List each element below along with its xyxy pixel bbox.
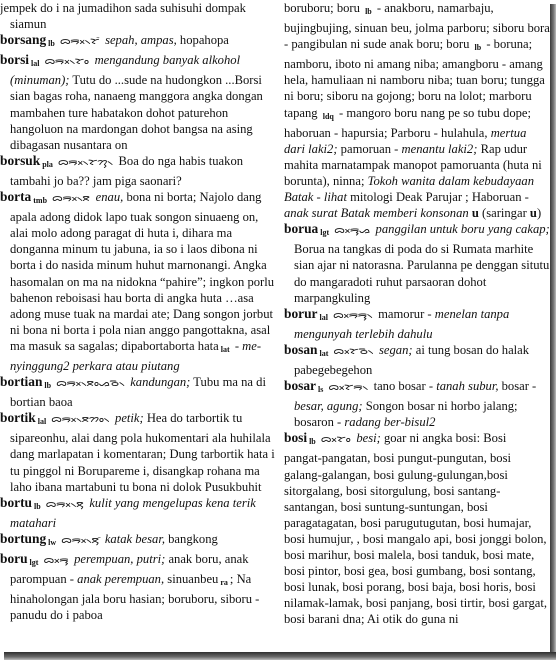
entry-text: pamoruan -: [338, 142, 402, 156]
gloss: besi;: [356, 431, 380, 445]
headword: bortu: [0, 495, 32, 510]
gloss: radang ber-bisul2: [344, 415, 435, 429]
gloss: kandungan;: [130, 375, 190, 389]
tag: lat: [221, 345, 230, 354]
page-shadow-right: [550, 4, 556, 660]
entry-text: bona ni borta; Najolo dang apala adong d…: [10, 190, 274, 353]
tag: ls: [318, 385, 323, 394]
entry-bosan: bosanlatᯅᯬᯘᯉ᯲segan; ai tung bosan do hal…: [284, 342, 550, 378]
entry-borsi: borsilalᯅᯬᯒ᯲ᯘᯪmengandung banyak alkohol …: [0, 52, 276, 153]
batak-script: ᯅᯬᯒ᯲ᯖ: [52, 193, 90, 204]
entry-text: mitologi Deak Parujar ; Haboruan -: [347, 190, 529, 204]
gloss: petik;: [115, 411, 144, 425]
tag: lb: [365, 7, 372, 16]
headword: bortian: [0, 374, 42, 389]
tag: lgt: [30, 558, 39, 567]
batak-script: ᯅᯬᯘᯒ᯲: [328, 382, 367, 393]
entry-boru-continuation: boruboru; boru lb - anakboru, namarbaju,…: [284, 0, 550, 221]
batak-script: ᯅᯬᯒ᯲ᯖᯪᯀᯉ᯲: [56, 378, 124, 389]
entry-text: -: [232, 339, 243, 353]
tag: lb: [44, 381, 51, 390]
entry-text: jempek do i na jumadihon sada suhisuhi d…: [0, 1, 246, 31]
entry-text: mamorur -: [378, 307, 435, 321]
batak-script: ᯅᯬᯒᯮ: [43, 555, 68, 566]
batak-script: ᯅᯬᯒᯮᯒ᯲: [333, 310, 372, 321]
batak-script: ᯅᯬᯒ᯲ᯖᯮᯰ: [61, 535, 99, 546]
headword: boru: [0, 551, 28, 566]
batak-script: ᯅᯬᯒ᯲ᯘᯪ: [44, 56, 88, 67]
entry-text: ): [537, 206, 541, 220]
gloss: besar, agung;: [294, 399, 363, 413]
batak-script: ᯅᯬᯒᯮᯀ: [334, 225, 369, 236]
tag: lb: [48, 39, 55, 48]
gloss: tanah subur,: [436, 379, 498, 393]
tag: lat: [320, 349, 329, 358]
bold-letter: u: [472, 206, 479, 220]
headword: bosi: [284, 430, 307, 445]
entry-borsuk: borsukplaᯅᯬᯒ᯲ᯘᯮᯂ᯲Boa do nga habis tuakon…: [0, 153, 276, 189]
entry-borta: bortatmbᯅᯬᯒ᯲ᯖenau, bona ni borta; Najolo…: [0, 189, 276, 374]
tag: lal: [319, 313, 327, 322]
tag: lw: [48, 538, 56, 547]
entry-text: goar ni angka bosi: Bosi: [381, 431, 507, 445]
gloss: sepah, ampas,: [105, 33, 177, 47]
gloss: anak perempuan,: [77, 572, 164, 586]
batak-script: ᯅᯬᯒ᯲ᯘᯮᯂ᯲: [58, 157, 113, 168]
gloss: enau,: [96, 190, 124, 204]
batak-script: ᯅᯬᯘᯪ: [321, 434, 351, 445]
entry-text: tano bosar -: [374, 379, 437, 393]
batak-script: ᯅᯬᯘᯉ᯲: [333, 346, 373, 357]
entry-bortik: bortiklalᯅᯬᯒ᯲ᯖᯪᯂ᯲petik; Hea do tarbortik…: [0, 410, 276, 494]
headword: borta: [0, 189, 31, 204]
gloss: katak besar,: [105, 532, 165, 546]
tag: lb: [309, 437, 316, 446]
tag: ldq: [323, 112, 334, 121]
bold-letter: u: [530, 206, 537, 220]
entry-text: Boa do nga habis tuakon tambahi jo ba?? …: [10, 154, 243, 188]
dictionary-page: jempek do i na jumadihon sada suhisuhi d…: [0, 0, 550, 652]
tag: lal: [38, 417, 46, 426]
entry-text: pangat-pangatan, bosi pungut-pungutan, b…: [284, 451, 547, 626]
entry-text: bangkong: [165, 532, 218, 546]
tag: lb: [475, 43, 482, 52]
gloss: anak surat Batak memberi konsonan: [284, 206, 469, 220]
tag: lb: [34, 502, 41, 511]
gloss: menantu laki2;: [402, 142, 478, 156]
entry-text: Borua na tangkas di poda do si Rumata ma…: [294, 242, 549, 304]
entry-text: sinuanbeu: [164, 572, 218, 586]
tag: lal: [31, 59, 39, 68]
headword: borsuk: [0, 153, 40, 168]
headword: bosan: [284, 342, 318, 357]
entry-borua: borualgtᯅᯬᯒᯮᯀpanggilan untuk boru yang c…: [284, 221, 550, 305]
right-column: boruboru; boru lb - anakboru, namarbaju,…: [284, 0, 550, 627]
entry-bortu: bortulbᯅᯬᯒ᯲ᯖᯮkulit yang mengelupas kena …: [0, 495, 276, 531]
entry-borsang: borsanglbᯅᯬᯒ᯲ᯘᯰsepah, ampas, hopahopa: [0, 32, 276, 52]
entry-bortian: bortianlbᯅᯬᯒ᯲ᯖᯪᯀᯉ᯲kandungan; Tubu ma na …: [0, 374, 276, 410]
gloss: segan;: [379, 343, 413, 357]
page-shadow-bottom: [4, 652, 556, 660]
batak-script: ᯅᯬᯒ᯲ᯖᯮ: [46, 499, 84, 510]
entry-bosi-list: pangat-pangatan, bosi pungut-pungutan, b…: [284, 450, 550, 627]
tag: tmb: [33, 196, 47, 205]
entry-bosar: bosarlsᯅᯬᯘᯒ᯲tano bosar - tanah subur, bo…: [284, 378, 550, 430]
left-column: jempek do i na jumadihon sada suhisuhi d…: [0, 0, 276, 623]
entry-text: (saringar: [479, 206, 530, 220]
tag: pla: [42, 160, 53, 169]
entry-bortung: bortunglwᯅᯬᯒ᯲ᯖᯮᯰkatak besar, bangkong: [0, 531, 276, 551]
headword: bortik: [0, 410, 36, 425]
entry-boru: borulgtᯅᯬᯒᯮperempuan, putri; anak boru, …: [0, 551, 276, 623]
headword: borua: [284, 221, 318, 236]
entry-continuation: jempek do i na jumadihon sada suhisuhi d…: [0, 0, 276, 32]
headword: borsang: [0, 32, 46, 47]
tag: ra: [220, 578, 228, 587]
entry-text: hopahopa: [177, 33, 229, 47]
headword: borsi: [0, 52, 29, 67]
gloss: panggilan untuk boru yang cakap;: [376, 222, 550, 236]
batak-script: ᯅᯬᯒ᯲ᯖᯪᯂ᯲: [51, 414, 109, 425]
gloss: perempuan, putri;: [74, 552, 165, 566]
entry-bosi: bosilbᯅᯬᯘᯪbesi; goar ni angka bosi: Bosi: [284, 430, 550, 450]
tag: lgt: [320, 228, 329, 237]
entry-text: boruboru; boru: [284, 1, 363, 15]
headword: bortung: [0, 531, 46, 546]
entry-borur: borurlalᯅᯬᯒᯮᯒ᯲mamorur - menelan tanpa me…: [284, 306, 550, 342]
batak-script: ᯅᯬᯒ᯲ᯘᯰ: [60, 36, 99, 47]
entry-text: bosar -: [498, 379, 536, 393]
headword: bosar: [284, 378, 316, 393]
headword: borur: [284, 306, 317, 321]
